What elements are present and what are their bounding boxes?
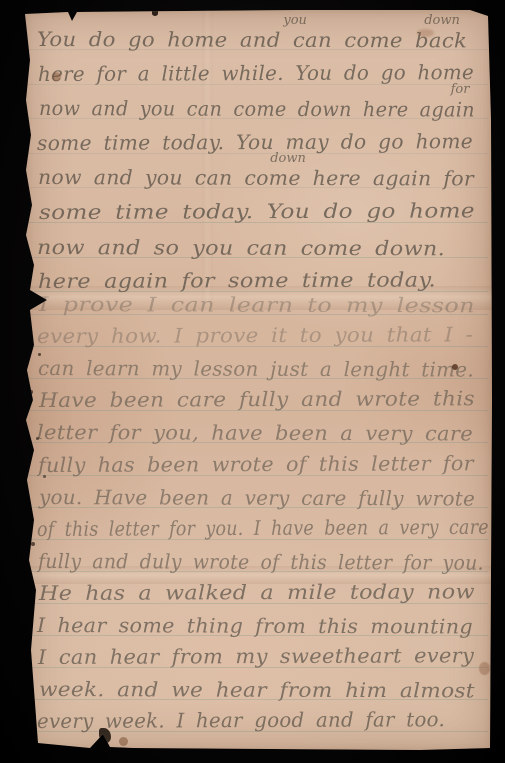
letter-line: some time today. You may do go home bbox=[37, 128, 473, 156]
photo-background: You do go home and can come backyoudownh… bbox=[0, 0, 505, 763]
letter-paper: You do go home and can come backyoudownh… bbox=[24, 10, 492, 752]
stain bbox=[119, 737, 128, 746]
speck bbox=[30, 390, 33, 394]
speck bbox=[31, 542, 35, 546]
fold-crease bbox=[202, 10, 213, 310]
inserted-word: down bbox=[270, 151, 306, 166]
letter-line: week. and we hear from him almost bbox=[39, 676, 475, 703]
letter-line: Have been care fully and wrote this bbox=[39, 386, 475, 414]
letter-line: fully and duly wrote of this letter for … bbox=[38, 548, 484, 576]
letter-line: now and so you can come down. bbox=[37, 234, 445, 261]
letter-line: some time today. You do go home bbox=[39, 197, 475, 225]
inserted-word: you bbox=[283, 13, 307, 28]
letter-line: He has a walked a mile today now bbox=[39, 578, 475, 606]
letter-line: every how. I prove it to you that I - bbox=[37, 321, 473, 349]
letter-line: now and you can come here again for bbox=[38, 164, 474, 191]
stain bbox=[479, 662, 490, 675]
letter-line: can learn my lesson just a lenght time. bbox=[38, 355, 474, 383]
speck bbox=[152, 11, 158, 16]
letter-line: you. Have been a very care fully wrote bbox=[39, 484, 475, 512]
letter-line: here again for some time today. bbox=[38, 267, 436, 295]
speck bbox=[32, 300, 36, 304]
letter-line: I can hear from my sweetheart every bbox=[38, 642, 474, 670]
letter-line: I hear some thing from this mounting bbox=[37, 612, 473, 639]
letter-line: every week. I hear good and far too. bbox=[37, 706, 445, 734]
letter-line: now and you can come down here again bbox=[39, 95, 475, 123]
letter-line: You do go home and can come back bbox=[37, 26, 467, 53]
letter-line: fully has been wrote of this letter for bbox=[38, 450, 474, 478]
letter-line: letter for you, have been a very care bbox=[37, 419, 473, 446]
inserted-word: for bbox=[451, 82, 470, 97]
inserted-word: down bbox=[424, 13, 460, 28]
letter-line: here for a little while. You do go home bbox=[38, 59, 474, 87]
letter-line: I prove I can learn to my lesson bbox=[39, 291, 475, 318]
letter-line: of this letter for you. I have been a ve… bbox=[37, 513, 489, 541]
